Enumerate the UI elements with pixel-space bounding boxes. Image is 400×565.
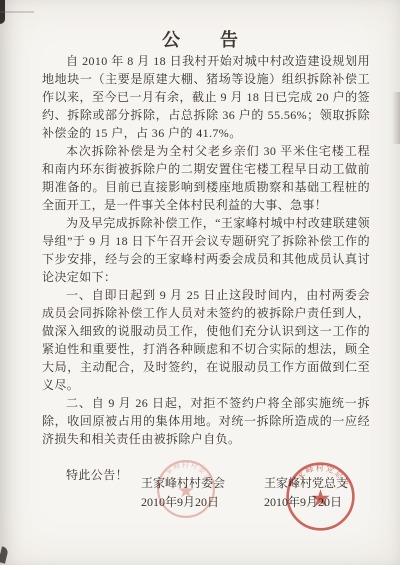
notice-paragraph-intro: 自 2010 年 8 月 18 日我村开始对城中村改造建设规划用地地块一（主要是… xyxy=(42,52,370,142)
scan-artifact-top-left xyxy=(0,0,5,24)
notice-paragraph-item-1: 一、自即日起到 9 月 25 日止这段时间内，由村两委会成员会同拆除补偿工作人员… xyxy=(42,286,370,394)
notice-paragraph-purpose: 本次拆除补偿是为全村父老乡亲们 30 平米住宅楼工程和南内环东街被拆除户的二期安… xyxy=(42,142,370,214)
scan-artifact-top-line xyxy=(0,11,34,13)
signature-org: 王家峰村村委会 xyxy=(141,474,225,493)
signature-org: 王家峰村党总支 xyxy=(264,474,348,493)
signature-date: 2010年9月20日 xyxy=(264,493,348,512)
notice-document: 公告 自 2010 年 8 月 18 日我村开始对城中村改造建设规划用地地块一（… xyxy=(0,0,400,565)
notice-paragraph-item-2: 二、自 9 月 26 日起，对拒不签约户将全部实施统一拆除，收回原被占用的集体用… xyxy=(42,394,370,448)
signature-party-branch: 王家峰村党总支 2010年9月20日 xyxy=(264,474,348,512)
notice-title: 公告 xyxy=(0,26,400,52)
scan-artifact-right-streak xyxy=(392,92,400,144)
notice-paragraph-meeting: 为及早完成拆除补偿工作，“王家峰村城中村改建联建领导组”于 9 月 18 日下午… xyxy=(42,214,370,286)
signature-date: 2010年9月20日 xyxy=(141,493,225,512)
signature-village-committee: 王家峰村村委会 2010年9月20日 xyxy=(141,474,225,512)
scan-artifact-bottom-left xyxy=(0,546,9,563)
notice-body: 自 2010 年 8 月 18 日我村开始对城中村改造建设规划用地地块一（主要是… xyxy=(42,52,370,484)
